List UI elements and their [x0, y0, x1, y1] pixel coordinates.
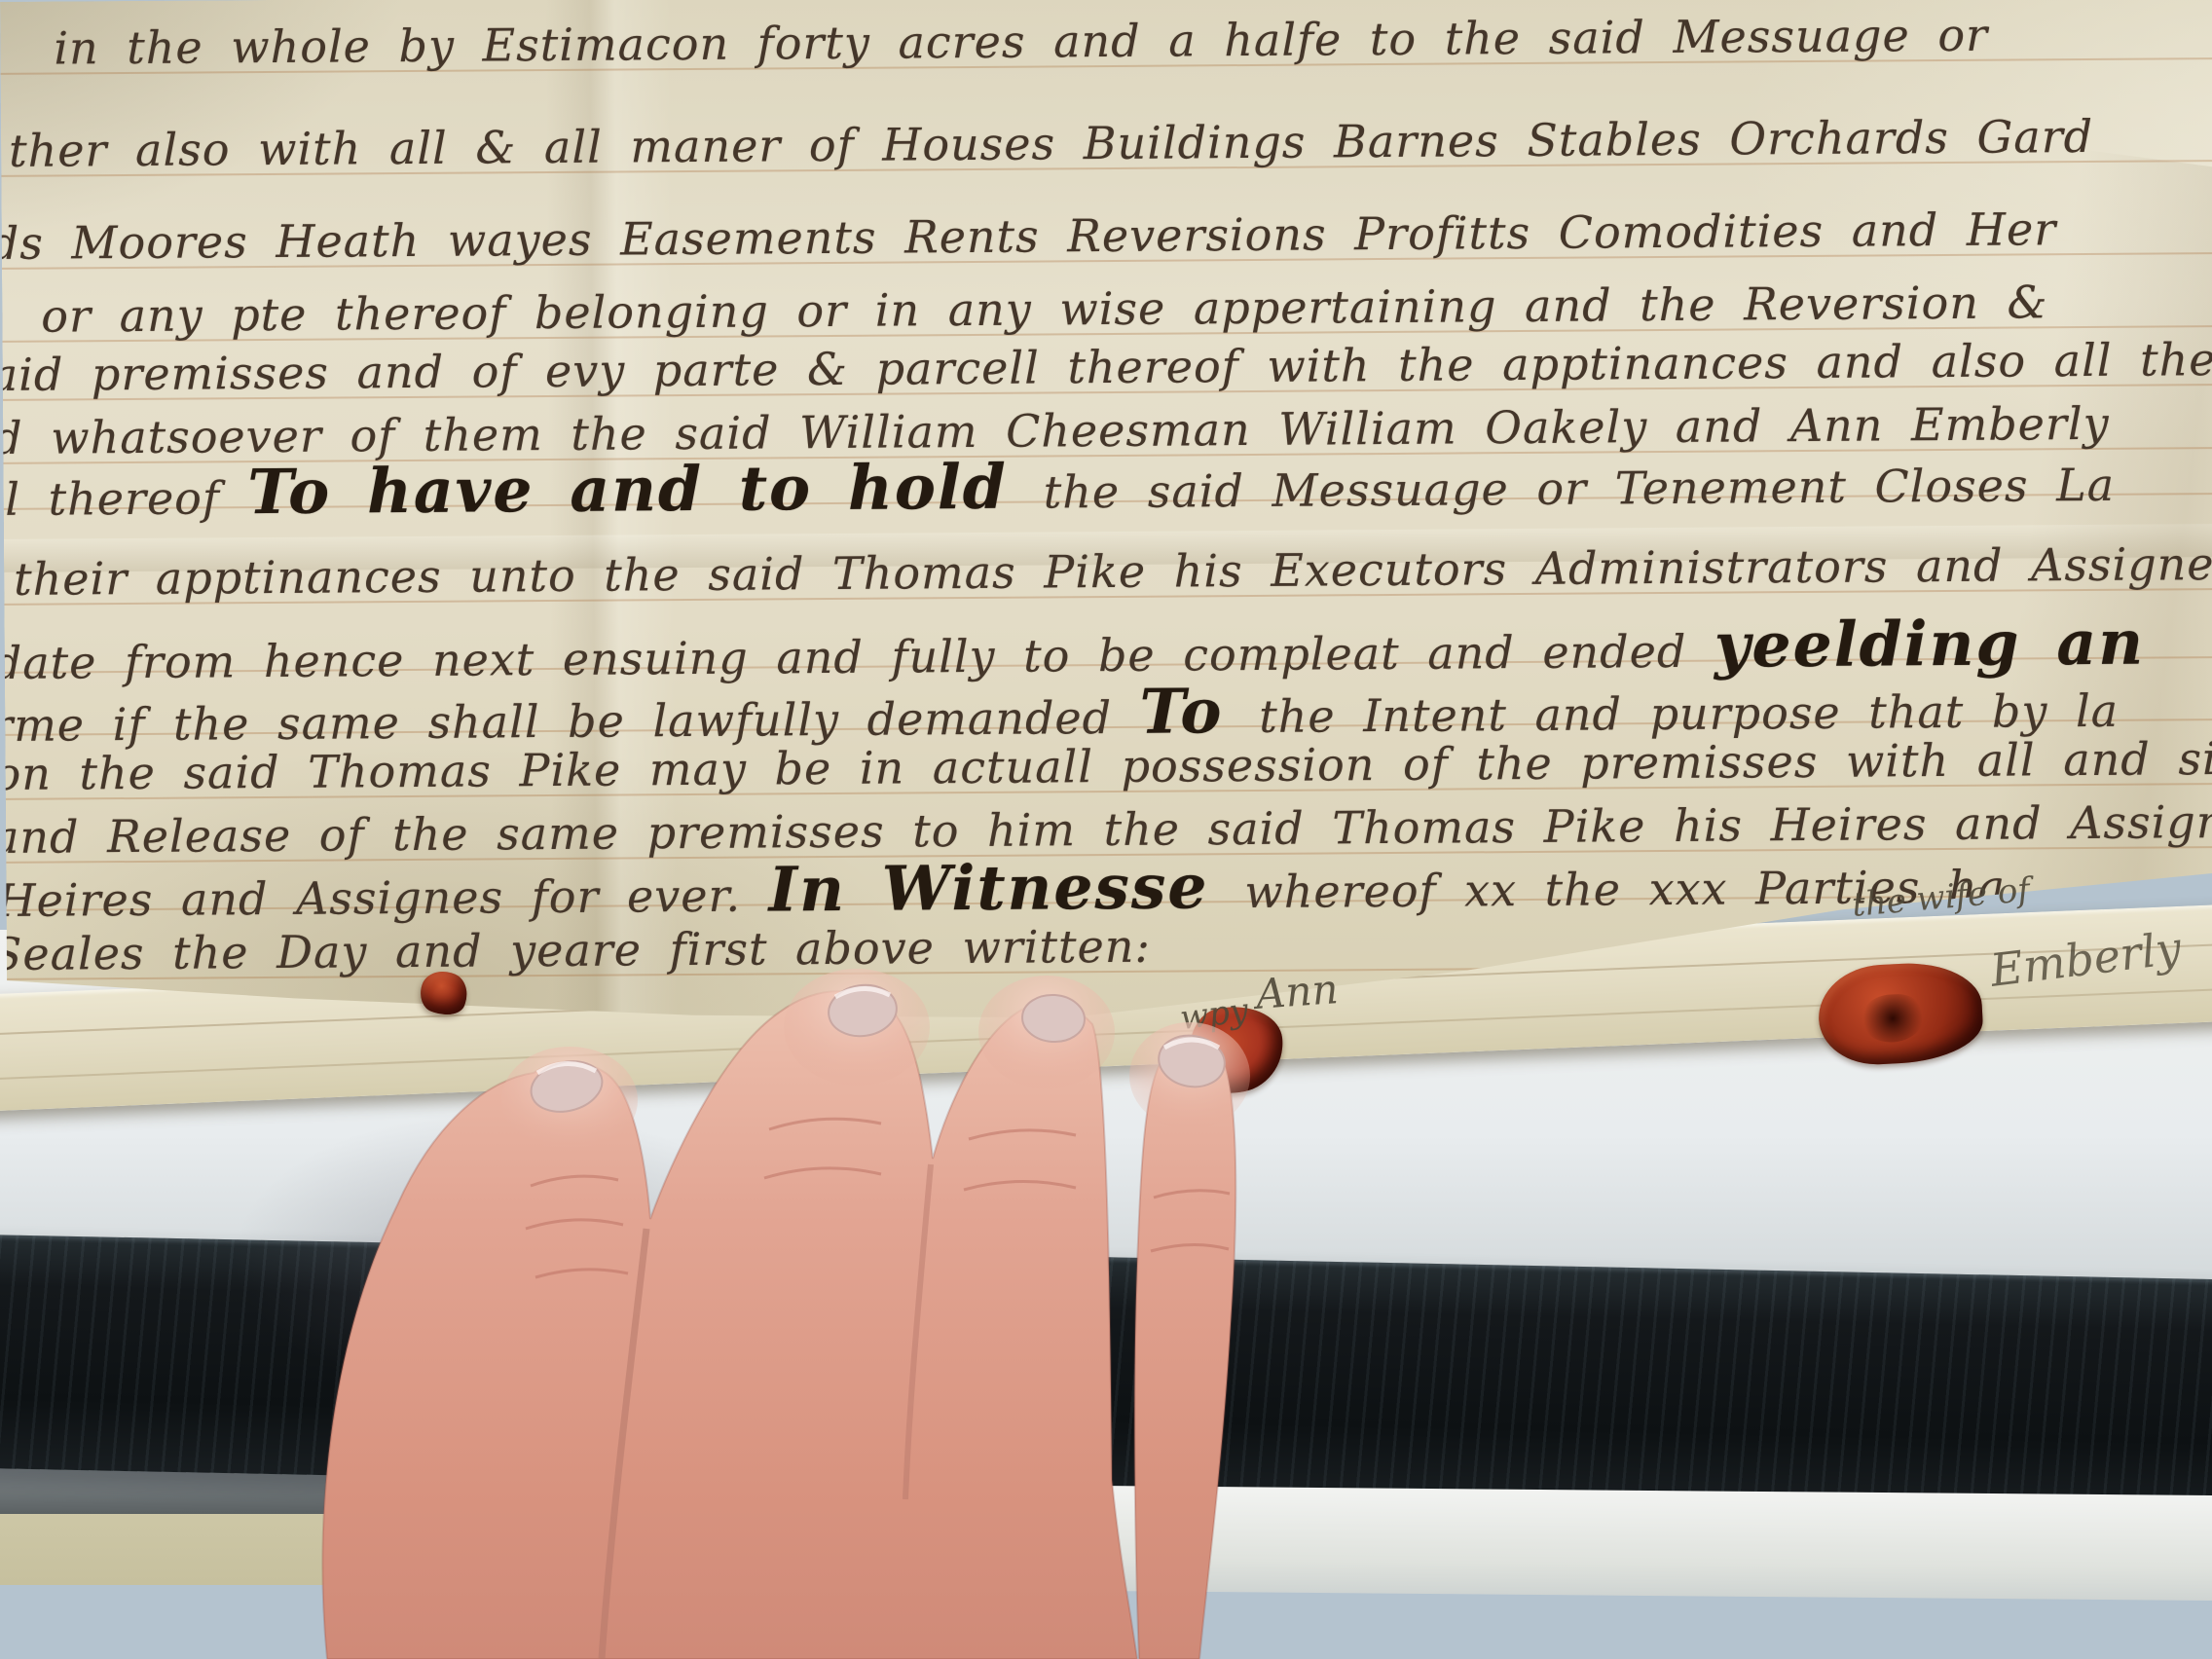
hand-back-and-fingers — [322, 991, 1137, 1659]
hand — [0, 0, 2212, 1659]
index-finger — [1134, 1046, 1235, 1659]
photo-of-parchment-deed: in the whole by Estimacon forty acres an… — [0, 0, 2212, 1659]
